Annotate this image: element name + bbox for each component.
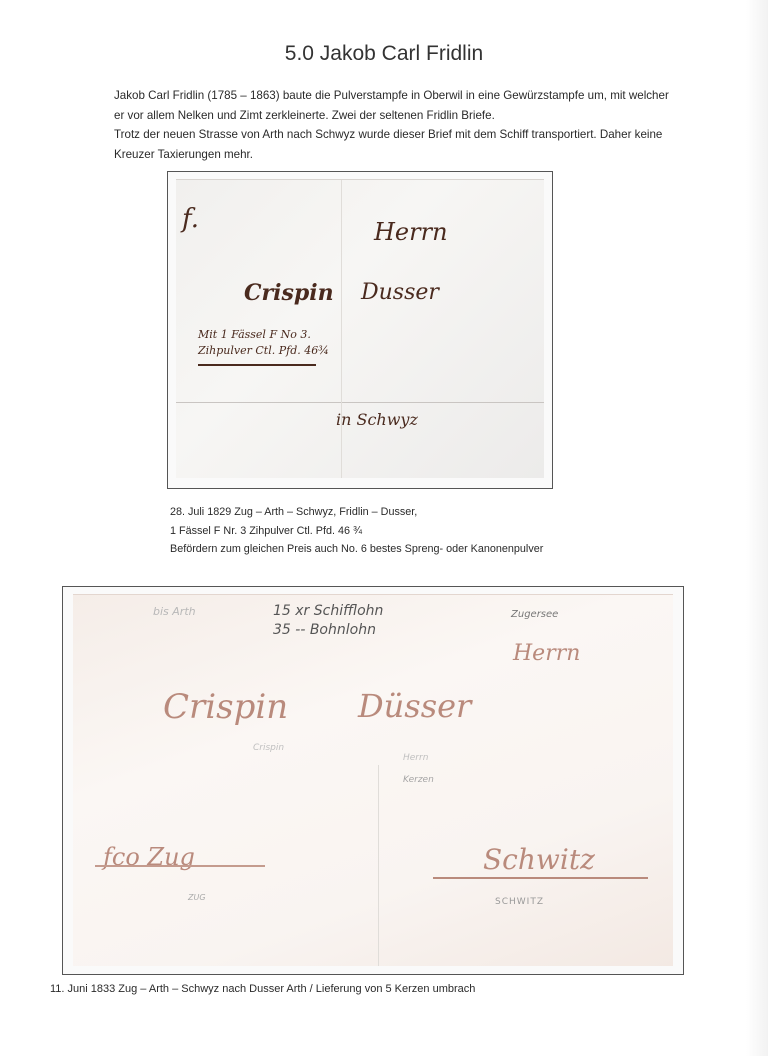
- destination-script: in Schwyz: [336, 410, 418, 429]
- salutation-script: Herrn: [374, 218, 448, 246]
- caption-line: Befördern zum gleichen Preis auch No. 6 …: [170, 540, 630, 559]
- pencil-fee-line-2: 35 -- Bohnlohn: [273, 622, 376, 638]
- origin-script: fco Zug: [103, 843, 195, 871]
- pencil-note-crispin: Crispin: [253, 743, 284, 753]
- letter-1833-image: bis Arth 15 xr Schifflohn 35 -- Bohnlohn…: [62, 586, 684, 975]
- page-title: 5.0 Jakob Carl Fridlin: [0, 42, 768, 66]
- pencil-note-schwitz: SCHWITZ: [495, 897, 544, 907]
- caption-line: 1 Fässel F Nr. 3 Zihpulver Ctl. Pfd. 46 …: [170, 522, 630, 541]
- recipient-first-name-script: Crispin: [244, 280, 334, 306]
- salutation-script: Herrn: [513, 641, 580, 666]
- destination-underline: [433, 877, 648, 879]
- fold-line: [176, 402, 544, 403]
- destination-script: Schwitz: [483, 843, 595, 876]
- fold-line: [341, 180, 342, 478]
- letter-1833-caption: 11. Juni 1833 Zug – Arth – Schwyz nach D…: [50, 983, 670, 995]
- recipient-first-name-script: Crispin: [163, 687, 288, 727]
- contents-note-line-1: Mit 1 Fässel F No 3.: [198, 328, 311, 341]
- fold-line: [378, 765, 379, 966]
- letter-1833-paper: bis Arth 15 xr Schifflohn 35 -- Bohnlohn…: [73, 594, 673, 966]
- intro-paragraph-1: Jakob Carl Fridlin (1785 – 1863) baute d…: [114, 86, 674, 125]
- intro-paragraph-2: Trotz der neuen Strasse von Arth nach Sc…: [114, 125, 674, 164]
- pencil-note-zugersee: Zugersee: [511, 609, 558, 620]
- letter-1829-image: f. Herrn Crispin Dusser Mit 1 Fässel F N…: [167, 171, 553, 489]
- pencil-note-top-left: bis Arth: [153, 605, 196, 618]
- page-edge-shade: [746, 0, 768, 1056]
- letter-1829-paper: f. Herrn Crispin Dusser Mit 1 Fässel F N…: [176, 179, 544, 478]
- corner-mark: f.: [182, 204, 199, 234]
- origin-underline: [95, 865, 265, 867]
- note-underline: [198, 364, 316, 366]
- pencil-note-kerzen: Kerzen: [403, 775, 434, 785]
- pencil-note-herrn: Herrn: [403, 753, 428, 763]
- recipient-last-name-script: Düsser: [358, 687, 471, 725]
- letter-1829-caption: 28. Juli 1829 Zug – Arth – Schwyz, Fridl…: [170, 503, 630, 559]
- intro-text: Jakob Carl Fridlin (1785 – 1863) baute d…: [114, 86, 674, 164]
- contents-note-line-2: Zihpulver Ctl. Pfd. 46¾: [198, 344, 329, 357]
- pencil-fee-line-1: 15 xr Schifflohn: [273, 603, 383, 619]
- pencil-note-zug: ZUG: [188, 893, 206, 902]
- caption-line: 28. Juli 1829 Zug – Arth – Schwyz, Fridl…: [170, 503, 630, 522]
- recipient-last-name-script: Dusser: [361, 280, 439, 305]
